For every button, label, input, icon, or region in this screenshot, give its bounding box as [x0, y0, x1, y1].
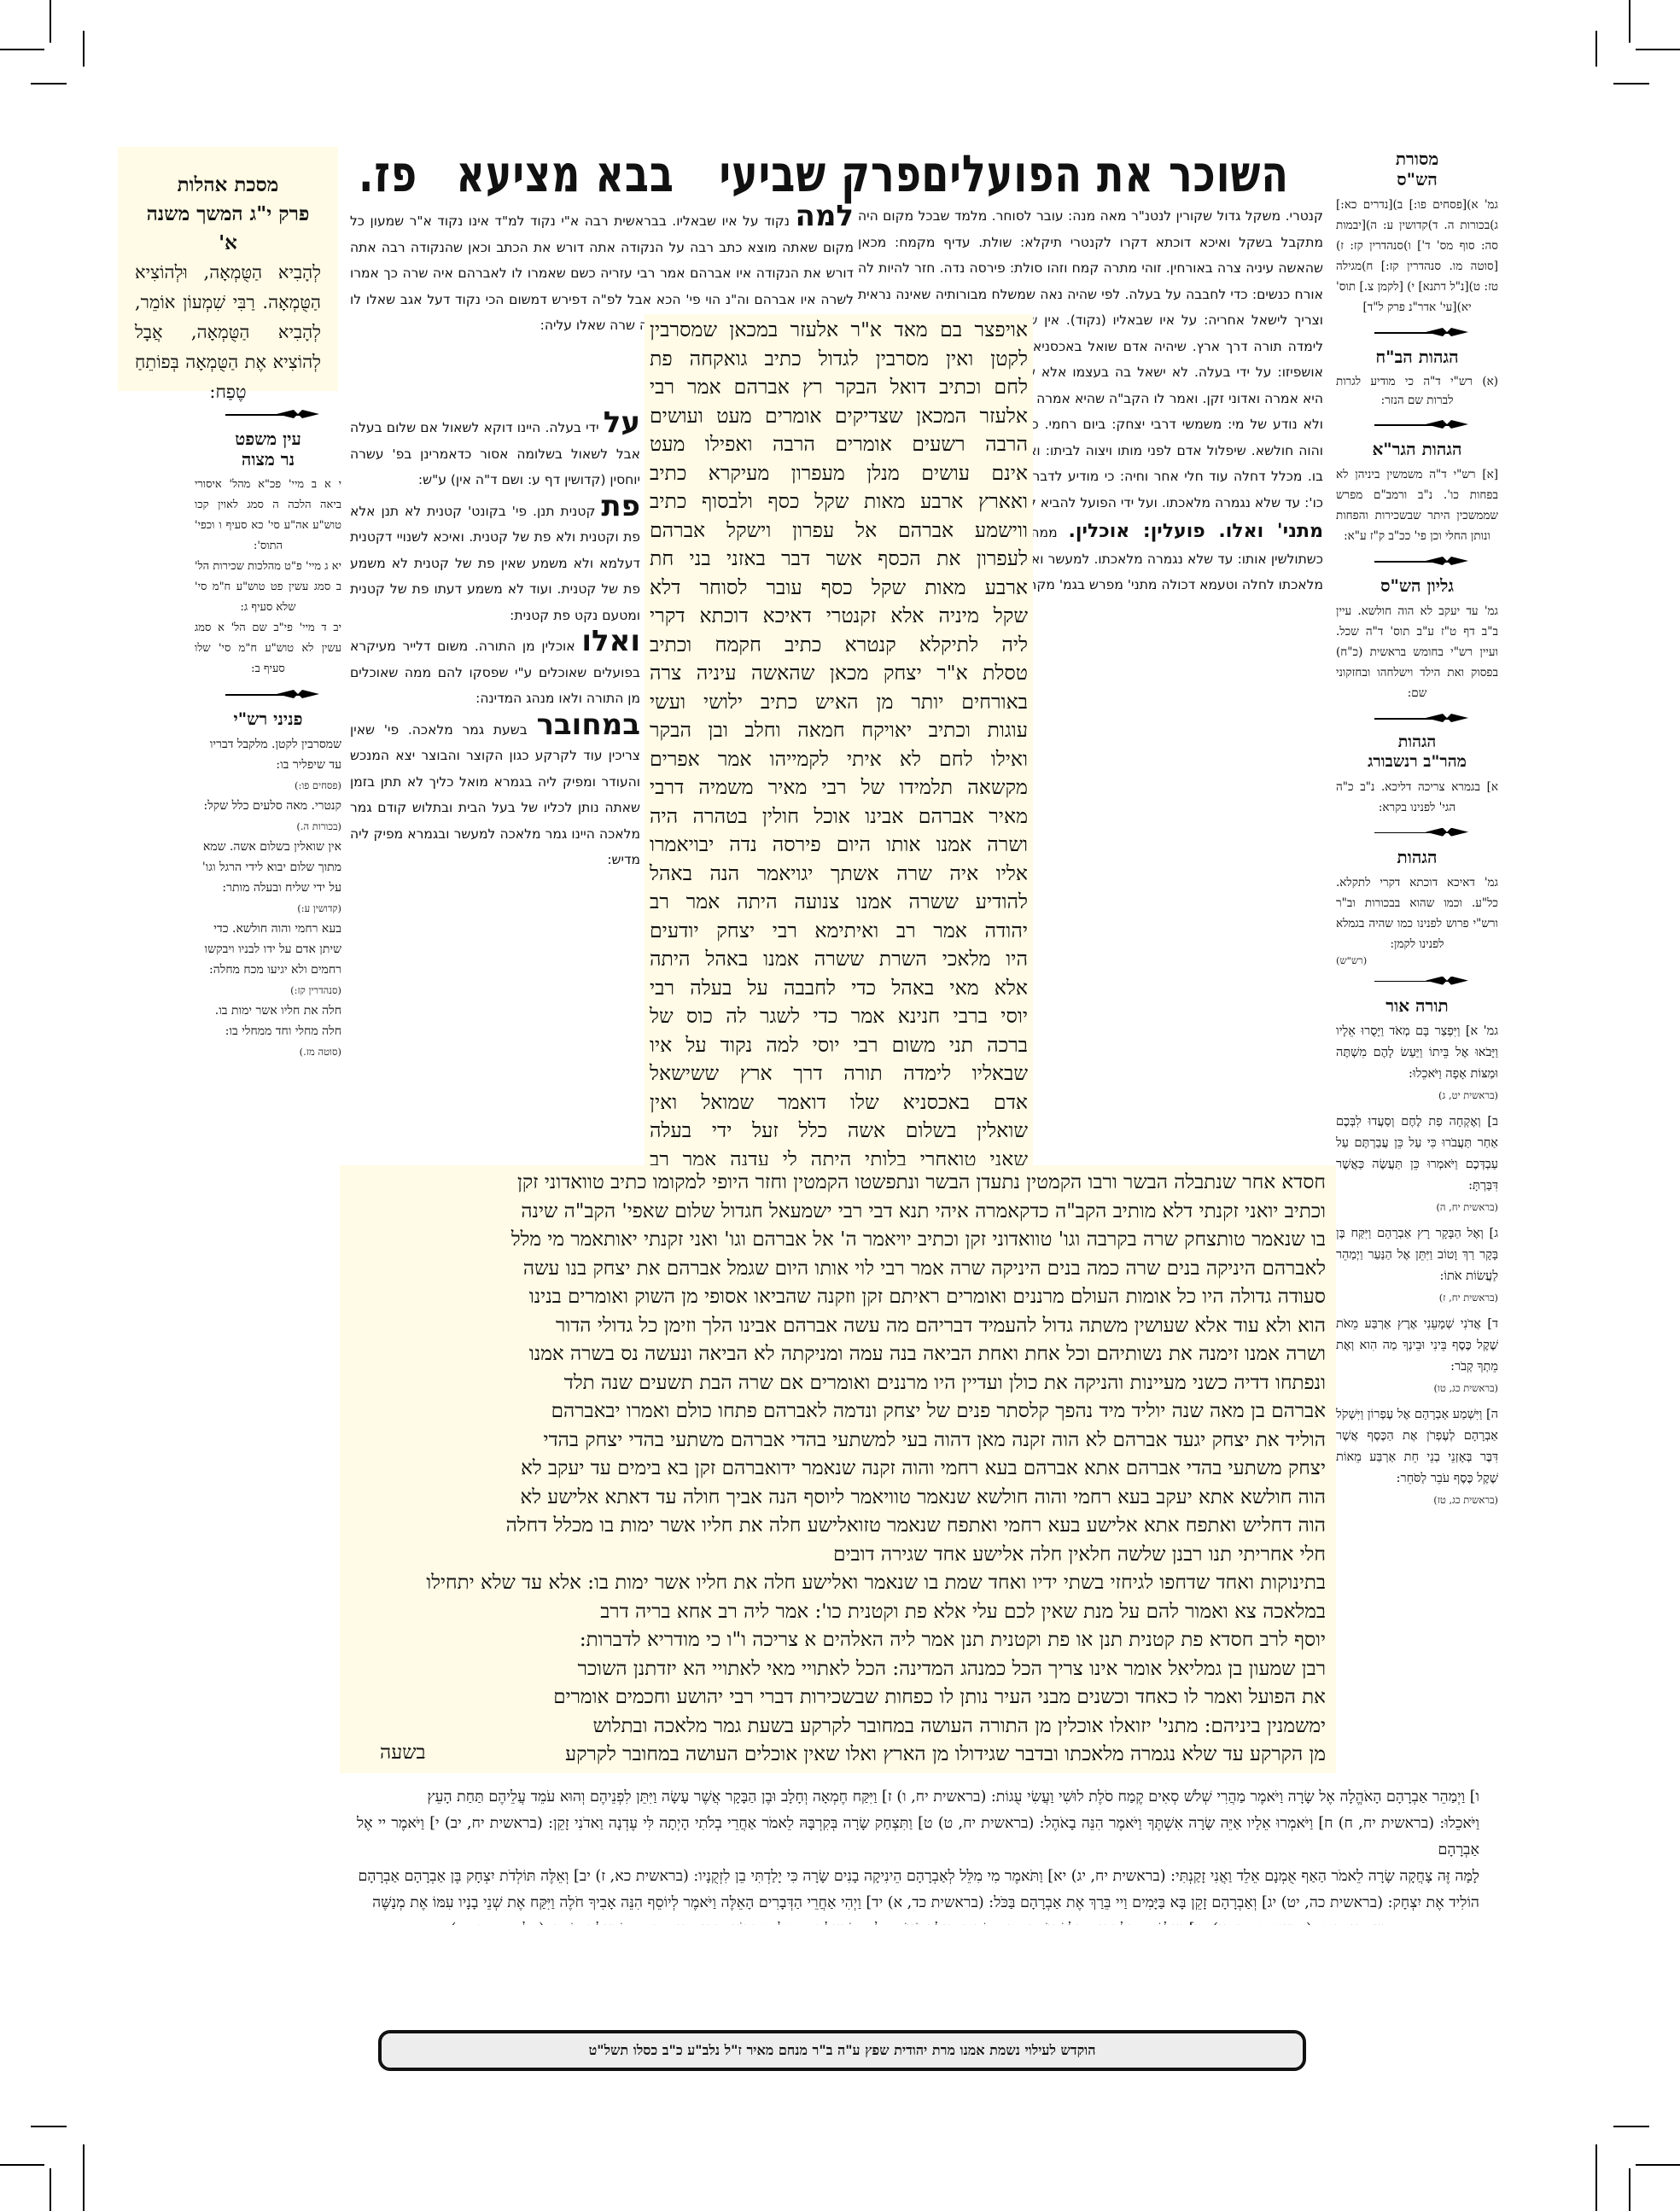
ornament-divider [1374, 418, 1460, 430]
ornament-divider [1374, 326, 1460, 338]
bach-text: (א) רש"י ד"ה כי מודיע לגרות לברות שם הנז… [1336, 372, 1498, 410]
gemara-line: לאברהם היניקה בנים שרה כמה בנים היניקה ש… [350, 1255, 1326, 1284]
torah-or-list: גמ' א] וַיִּפְצַר בָּם מְאֹד וַיָּסֻרוּ … [1336, 1021, 1498, 1511]
dibur-hamatchil: ואלו [581, 624, 640, 658]
gemara-line: יוסף לרב חסדא פת קטנית תנן או פת וקטנית … [350, 1626, 1326, 1655]
ohalot-text: לְהָבִיא הַטֻּמְאָה, וּלְהוֹצִיא הַטֻּמְ… [135, 258, 321, 407]
pasuk-line: וַיֹּאכֵלוּ: (בראשית יח, ח) ח] וַיֹּאמְר… [357, 1811, 1479, 1864]
gemara-line: מן הקרקע עד שלא נגמרה מלאכתו ובדבר שגידו… [350, 1741, 1326, 1770]
gemara-line: בו שנאמר טותצחק שרה בקרבה וגו' טוואדוני … [350, 1226, 1326, 1255]
crop-mark [1613, 83, 1649, 85]
gemara-line: שבאליו לימדה תורה דרך ארץ ששישאל [650, 1059, 1028, 1088]
crop-mark [50, 0, 51, 43]
tosafot-dibur: פת קטנית תנן. פי' בקונט' קטנית לא תנן אל… [350, 493, 640, 629]
gemara-line: באורחים יותר מן האיש כתיב ילושי ועשי [650, 688, 1028, 717]
gemara-line: יצחק משתעי בהדי אברהם אתא אברהם בעא רחמי… [350, 1455, 1326, 1484]
gemara-line: מאיר אברהם אבינו אוכל חולין בטהרה היה [650, 802, 1028, 831]
gemara-line: רבן שמעון בן גמליאל אומר אינו צריך הכל כ… [350, 1655, 1326, 1684]
gemara-line: אויפצר בם מאד א"ר אלעזר במכאן שמסרבין [650, 316, 1028, 345]
masoret-title: מסורת הש"ס [1336, 149, 1498, 190]
entry-cite: (סנהדרין קז:) [195, 980, 341, 1000]
gra-text: [א] רש"י ד"ה משמשין ביניהן לא בפחות כו'.… [1336, 464, 1498, 546]
torah-or-title: תורה אור [1336, 995, 1498, 1016]
mishna-label: מתני' ואלו. פועלין: אוכלין. [1069, 521, 1323, 542]
gemara-line: ואילו לחם לא איתי לקמייהו אמר אפרים [650, 745, 1028, 774]
gra-title: הגהות הגר"א [1336, 439, 1498, 459]
mishna-ohalot-box: מסכת אהלות פרק י"ג המשך משנה א' לְהָבִיא… [118, 147, 338, 391]
gilyon-title: גליון הש"ס [1336, 575, 1498, 596]
maharav-text: א] בגמרא צריכה דליכא. נ"ב כ"ה הגי' לפנינ… [1336, 777, 1498, 818]
tosafot-dibur: על ידי בעלה. היינו דוקא לשאול אם שלום בע… [350, 410, 640, 493]
tosafot-text: בשעת גמר מלאכה. פי' שאין צריכין עוד לקרק… [350, 722, 640, 868]
folio-number: פז. [359, 143, 417, 203]
gemara-line: ליה לתיקלא קנטרא כתיב חקמח וכתיב [650, 631, 1028, 660]
gemara-line: חלי אחריתי תנו רבנן שלשה חלאין חלה אלישע… [350, 1541, 1326, 1570]
gemara-line: הרבה רשעים אומרים הרבה ואפילו מעט [650, 430, 1028, 459]
gemara-line: אדם באכסניא שלו דואמר שמואל ואין [650, 1088, 1028, 1117]
dibur-hamatchil: על [604, 405, 640, 440]
gemara-line: חסדא אחר שנתבלה הבשר ורבו הקמטין נתעדן ה… [350, 1169, 1326, 1198]
ornament-divider [1374, 712, 1460, 724]
torah-or-entry: ג] וְאֶל הַבָּקָר רָץ אַבְרָהָם וַיִּקַּ… [1336, 1223, 1498, 1287]
gemara-line: ונפתחו דדיה כשני מעיינות והניקה את כולן … [350, 1369, 1326, 1398]
gemara-line: ימשמנין ביניהם: מתני' יזואלו אוכלין מן ה… [350, 1712, 1326, 1741]
bach-title: הגהות הב"ח [1336, 347, 1498, 367]
tosafot-dibur: ואלו אוכלין מן התורה. משום דלייר מעיקרא … [350, 628, 640, 712]
tosafot-text: ידי בעלה. היינו דוקא לשאול אם שלום בעלה … [350, 420, 640, 487]
hagahot-cite: (רש"ש) [1336, 954, 1498, 966]
gemara-wide-block: חסדא אחר שנתבלה הבשר ורבו הקמטין נתעדן ה… [340, 1165, 1336, 1773]
tosafot-lower: על ידי בעלה. היינו דוקא לשאול אם שלום בע… [350, 359, 640, 1174]
pninei-rashi-title: פניני רש"י [195, 709, 341, 729]
gemara-line: לחם וכתיב דואל הבקר רץ אברהם אמר רבי [650, 373, 1028, 402]
torah-or-cite: (בראשית יח, ה) [1336, 1197, 1498, 1218]
ein-mishpat-entry: יב ד מיי' פי"ב שם הל' א סמג עשין לא טוש"… [195, 618, 341, 680]
torah-or-cite: (בראשית יט, ג) [1336, 1085, 1498, 1106]
crop-mark [1629, 2168, 1630, 2211]
crop-mark [0, 2164, 44, 2166]
entry-cite: (קדושין ע:) [195, 898, 341, 919]
ein-mishpat-title: עין משפט נר מצוה [195, 429, 341, 470]
gemara-line: וכתיב יואני זקנתי דלא מותיב הקב"ה כדקאמר… [350, 1198, 1326, 1227]
gemara-line: אלא מאי באהל כדי לחבבה על בעלה רבי [650, 974, 1028, 1003]
ein-mishpat-entry: יא ג מיי' פ"ט מהלכות שכירות הל' ב סמג עש… [195, 557, 341, 618]
pasuk-line: הוֹלִיד אֶת יִצְחָק: (בראשית כה, יט) יג]… [357, 1890, 1479, 1916]
ohalot-subtitle: פרק י"ג המשך משנה א' [135, 200, 321, 258]
crop-mark [0, 49, 44, 50]
gemara-line: במלאכה צא ואמור להם על מנת שאין לכם עלי … [350, 1598, 1326, 1627]
gemara-line: אלעזר המכאן שצדיקים אומרים מעט ועושים [650, 402, 1028, 431]
pesukim-footer: ו] וַיְמַהֵר אַבְרָהָם הָאֹהֱלָה אֶל שָׂ… [357, 1784, 1479, 1925]
gemara-line: הוה דחליש ואתפח אתא אלישע בעא רחמי ואתפח… [350, 1512, 1326, 1541]
torah-or-entry: ד] אֲדֹנִי שְׁמָעֵנִי אֶרֶץ אַרְבַּע מֵא… [1336, 1314, 1498, 1378]
gemara-line: הוה חולשא אתא יעקב בעא רחמי והוה חולשא ש… [350, 1484, 1326, 1513]
torah-or-entry: ה] וַיִּשְׁמַע אַבְרָהָם אֶל עֶפְרוֹן וַ… [1336, 1404, 1498, 1490]
pasuk-line: ו] וַיְמַהֵר אַבְרָהָם הָאֹהֱלָה אֶל שָׂ… [357, 1784, 1479, 1811]
gemara-line: לעפרון את הכסף אשר דבר באזני בני חת [650, 545, 1028, 574]
gemara-line: ושרה אמנו אותו היום פירסה נדה יבויאמרו [650, 831, 1028, 860]
dedication-text: הוקדש לעילוי נשמת אמנו מרת יהודית שפץ ע"… [589, 2042, 1096, 2059]
tractate-name: בבא מציעא [456, 143, 674, 203]
pasuk-line: לָמָּה זֶּה צָחֲקָה שָׂרָה לֵאמֹר הַאַף … [357, 1864, 1479, 1890]
gemara-line: ארבע מאות שקל כסף עובר לסוחר דלא [650, 574, 1028, 603]
ohalot-title: מסכת אהלות [135, 171, 321, 200]
gemara-line: עוגות וכתיב יאויקח חמאה וחלב ובן הבקר [650, 716, 1028, 745]
ornament-divider [1374, 555, 1460, 567]
crop-mark [31, 2126, 67, 2127]
entry-text: אין שואלין בשלום אשה. שמא מתוך שלום יבוא… [195, 837, 341, 898]
entry-cite: (בכורות ה.) [195, 816, 341, 837]
gemara-line: יהודה אמר רב ואיתימא רבי יצחק יודעים [650, 917, 1028, 946]
pninei-rashi-entry: שמסרבין לקטן. מלקבל דבריו עד שיפליר בו: … [195, 734, 341, 1062]
ein-mishpat-entry: י א ב מיי' פכ"א מהל' איסורי ביאה הלכה ה … [195, 475, 341, 557]
crop-mark [1613, 2126, 1649, 2127]
page-header: השוכר את הפועלים פרק שביעי בבא מציעא פז. [359, 143, 1289, 195]
entry-text: שמסרבין לקטן. מלקבל דבריו עד שיפליר בו: [195, 734, 341, 775]
torah-or-entry: ב] וְאֶקְחָה פַת לֶחֶם וְסַעֲדוּ לִבְּכֶ… [1336, 1111, 1498, 1197]
pasuk-line: וְאֶת אֶפְרָיִם: (בראשית מח, א) טו] וֶאֱ… [357, 1916, 1479, 1925]
gemara-line: לקטן ואין מסרבין לגדול כתיב גואקחה פת [650, 345, 1028, 374]
gemara-line: יוסי ברבי חנינא אמר כדי לשגר לה כוס של [650, 1002, 1028, 1031]
gemara-catchword: בשעה [380, 1741, 426, 1764]
entry-text: חלה את חליו אשר ימות בו. חלה מחלי וחד ממ… [195, 1000, 341, 1041]
crop-mark [83, 31, 85, 67]
crop-mark [50, 2168, 51, 2211]
gemara-center-block: אויפצר בם מאד א"ר אלעזר במכאן שמסרבין לק… [645, 314, 1033, 1175]
torah-or-cite: (בראשית כג, טו) [1336, 1378, 1498, 1399]
dibur-hamatchil: למה [795, 203, 854, 233]
torah-or-cite: (בראשית כג, טז) [1336, 1490, 1498, 1511]
dedication-band: הוקדש לעילוי נשמת אמנו מרת יהודית שפץ ע"… [378, 2030, 1306, 2071]
gemara-line: בתינוקות ואחד שדחפו לגיחזי בשתי ידיו ואח… [350, 1569, 1326, 1598]
entry-text: קנטרי. מאה סלעים כלל שקל: [195, 796, 341, 816]
gemara-line: שואלין בשלום אשה כלל זעל ידי בעלה [650, 1117, 1028, 1146]
hagahot-title: הגהות [1336, 847, 1498, 867]
crop-mark [31, 83, 67, 85]
dibur-hamatchil: במחובר [536, 708, 640, 742]
right-margin: מסורת הש"ס גמ' א)[פסחים פו:] ב)[נדרים כא… [1336, 147, 1498, 1752]
gemara-line: ברכה תני משום רבי יוסי למה נקוד על איו [650, 1031, 1028, 1060]
gemara-line: ואארץ ארבע מאות שקל כסף ולבסוף כתיב [650, 487, 1028, 516]
crop-mark [1636, 49, 1680, 50]
ornament-divider [225, 688, 311, 700]
crop-mark [1595, 31, 1597, 67]
left-margin: עין משפט נר מצוה י א ב מיי' פכ"א מהל' אי… [195, 400, 341, 1509]
torah-or-entry: גמ' א] וַיִּפְצַר בָּם מְאֹד וַיָּסֻרוּ … [1336, 1021, 1498, 1085]
gemara-line: את הפועל ואמר לו כאחד וכשנים מבני העיר נ… [350, 1683, 1326, 1712]
gemara-line: אינם עושים מנלן מעפרון מעיקרא כתיב [650, 459, 1028, 488]
maharav-title: הגהות מהר"ב רנשבורג [1336, 732, 1498, 772]
entry-text: בעא רחמי והוה חולשא. כדי שיתן אדם על ידו… [195, 919, 341, 980]
hagahot-text: גמ' דאיכא דוכתא דקרי לתקלא. כל"ע. וכמו ש… [1336, 872, 1498, 954]
ornament-divider [225, 408, 311, 420]
crop-mark [83, 2144, 85, 2211]
chapter-title: השוכר את הפועלים [921, 143, 1289, 203]
gemara-line: מקשאה תלמידו של רבי מאיר משמיה דרבי [650, 773, 1028, 802]
gemara-line: ווישמע אברהם אל עפרון וישקל אברהם [650, 516, 1028, 545]
crop-mark [1636, 2164, 1680, 2166]
gemara-line: טסלת א"ר יצחק מכאן שהאשה עיניה צרה [650, 659, 1028, 688]
chapter-name: פרק שביעי [720, 143, 923, 203]
gemara-line: אברהם בן מאה שנה יוליד מיד נהפך קלסתר פנ… [350, 1397, 1326, 1426]
crop-mark [1629, 0, 1630, 43]
ornament-divider [1374, 826, 1460, 838]
entry-cite: (סוטה מז.) [195, 1041, 341, 1062]
gemara-line: שקל מיניה אלא זקנטרי דאיכא דוכתא דקרי [650, 602, 1028, 631]
entry-cite: (פסחים פו:) [195, 775, 341, 796]
crop-mark [1595, 2144, 1597, 2211]
dibur-hamatchil: פת [601, 489, 640, 523]
ornament-divider [1374, 975, 1460, 987]
tosafot-dibur: במחובר בשעת גמר מלאכה. פי' שאין צריכין ע… [350, 712, 640, 873]
torah-or-cite: (בראשית יח, ז) [1336, 1287, 1498, 1309]
gemara-line: ושרה אמנו זימנה את נשותיהם וכל אחת ואחת … [350, 1340, 1326, 1369]
gemara-line: אליו איה שרה אשתך יגויאמר הנה באהל [650, 860, 1028, 889]
gilyon-text: גמ' עד יעקב לא הוה חולשא. עיין ב"ב דף ט"… [1336, 601, 1498, 703]
gemara-line: סעודה גדולה היו כל אומות העולם מרננים וא… [350, 1283, 1326, 1312]
gemara-line: להודיע ששרה אמנו צנועה היתה אמר רב [650, 888, 1028, 917]
gemara-line: הוליד את יצחק יגעד אברהם לא הוה זקנה מאן… [350, 1426, 1326, 1456]
masoret-text: גמ' א)[פסחים פו:] ב)[נדרים כא:] ג)בכורות… [1336, 195, 1498, 318]
gemara-line: היו מלאכי השרת ששרה אמנו באהל היתה [650, 945, 1028, 974]
tosafot-text: קטנית תנן. פי' בקונט' קטנית לא תנן אלא פ… [350, 504, 640, 623]
gemara-line: הוא ולא עוד אלא שעושין משתה גדול להעמיד … [350, 1312, 1326, 1341]
